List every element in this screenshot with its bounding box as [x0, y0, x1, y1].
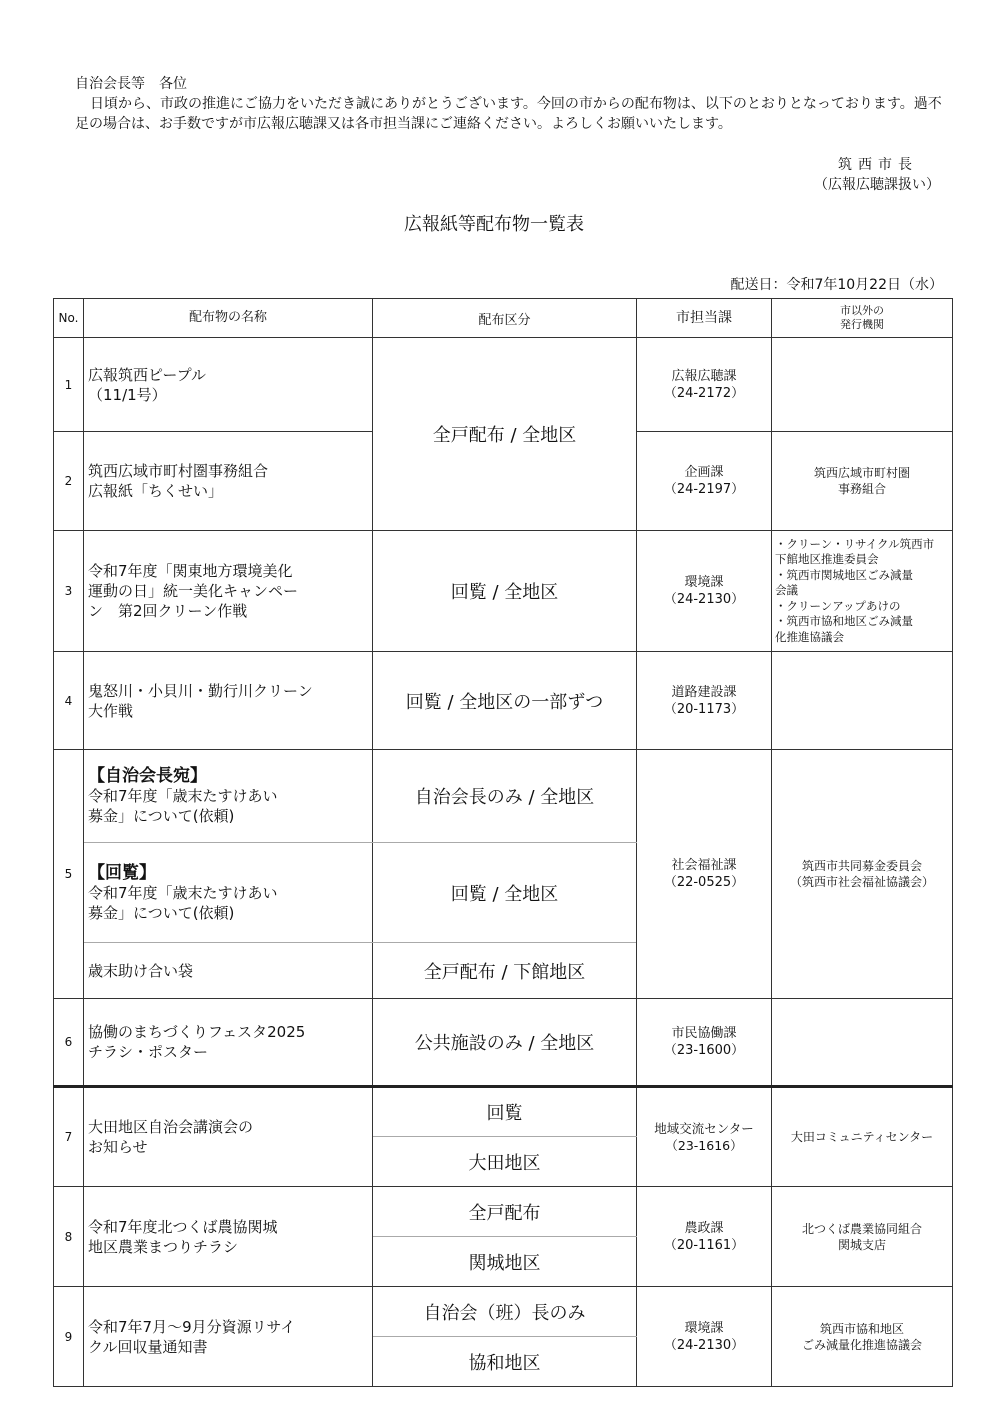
row-distribution: 回覧 / 全地区 — [373, 531, 637, 652]
department-name: 農政課 — [637, 1220, 771, 1237]
org-line: 下館地区推進委員会 — [775, 552, 952, 568]
row-distribution: 回覧 / 全地区 — [373, 843, 637, 943]
row-department: 環境課 （24-2130） — [637, 1287, 772, 1387]
row-department: 広報広聴課 （24-2172） — [637, 338, 772, 432]
header-name: 配布物の名称 — [84, 299, 373, 338]
row-org — [772, 999, 953, 1087]
org-line: ・クリーンアップあけの — [775, 599, 952, 615]
department-phone: （20-1161） — [637, 1237, 771, 1254]
department-name: 環境課 — [637, 1320, 771, 1337]
row-name: 令和7年7月～9月分資源リサイ クル回収量通知書 — [84, 1287, 373, 1387]
header-org-line2: 発行機関 — [772, 318, 952, 332]
row-department: 企画課 （24-2197） — [637, 432, 772, 531]
table-row: 4 鬼怒川・小貝川・勤行川クリーン 大作戦 回覧 / 全地区の一部ずつ 道路建設… — [54, 652, 953, 750]
header-department: 市担当課 — [637, 299, 772, 338]
row-distribution-top: 全戸配布 — [373, 1187, 637, 1237]
delivery-date: 配送日：令和7年10月22日（水） — [730, 275, 943, 295]
name-line: 令和7年度「歳末たすけあい — [88, 883, 372, 903]
org-line: 関城支店 — [772, 1237, 952, 1253]
org-line: ・筑西市関城地区ごみ減量 — [775, 568, 952, 584]
row-name: 令和7年度北つくば農協関城 地区農業まつりチラシ — [84, 1187, 373, 1287]
row-org: 大田コミュニティセンター — [772, 1087, 953, 1187]
department-name: 道路建設課 — [637, 684, 771, 701]
row-org: ・クリーン・リサイクル筑西市 下館地区推進委員会 ・筑西市関城地区ごみ減量 会議… — [772, 531, 953, 652]
row-org: 北つくば農業協同組合 関城支店 — [772, 1187, 953, 1287]
department-name: 市民協働課 — [637, 1025, 771, 1042]
org-line: ごみ減量化推進協議会 — [772, 1337, 952, 1353]
table-row: 3 令和7年度「関東地方環境美化 運動の日」統一美化キャンペー ン 第2回クリー… — [54, 531, 953, 652]
row-distribution-top: 回覧 — [373, 1087, 637, 1137]
row-name: 【回覧】 令和7年度「歳末たすけあい 募金」について(依頼) — [84, 843, 373, 943]
row-name: 筑西広域市町村圏事務組合 広報紙「ちくせい」 — [84, 432, 373, 531]
row-no: 2 — [54, 432, 84, 531]
distribution-table: No. 配布物の名称 配布区分 市担当課 市以外の 発行機関 1 広報筑西ピープ… — [53, 298, 953, 1387]
table-row: 7 大田地区自治会講演会の お知らせ 回覧 地域交流センター （23-1616）… — [54, 1087, 953, 1137]
row-name: 歳末助け合い袋 — [84, 943, 373, 999]
org-line: 筑西広域市町村圏 — [772, 465, 952, 481]
name-line: 筑西広域市町村圏事務組合 — [88, 461, 372, 481]
header-org: 市以外の 発行機関 — [772, 299, 953, 338]
table-row: 9 令和7年7月～9月分資源リサイ クル回収量通知書 自治会（班）長のみ 環境課… — [54, 1287, 953, 1337]
name-line: 大田地区自治会講演会の — [88, 1117, 372, 1137]
name-line: 令和7年度「関東地方環境美化 — [88, 561, 372, 581]
name-line: 運動の日」統一美化キャンペー — [88, 581, 372, 601]
name-line: ン 第2回クリーン作戦 — [88, 601, 372, 621]
department-phone: （20-1173） — [637, 701, 771, 718]
row-name: 鬼怒川・小貝川・勤行川クリーン 大作戦 — [84, 652, 373, 750]
row-no: 6 — [54, 999, 84, 1087]
department-phone: （23-1600） — [637, 1042, 771, 1059]
department-name: 企画課 — [637, 464, 771, 481]
org-line: （筑西市社会福祉協議会） — [772, 874, 952, 890]
org-line: ・筑西市協和地区ごみ減量 — [775, 614, 952, 630]
name-line: 令和7年度北つくば農協関城 — [88, 1217, 372, 1237]
row-no: 3 — [54, 531, 84, 652]
row-no: 1 — [54, 338, 84, 432]
department-name: 環境課 — [637, 574, 771, 591]
row-distribution: 回覧 / 全地区の一部ずつ — [373, 652, 637, 750]
name-line: 地区農業まつりチラシ — [88, 1237, 372, 1257]
name-line: 令和7年7月～9月分資源リサイ — [88, 1317, 372, 1337]
org-line: ・クリーン・リサイクル筑西市 — [775, 537, 952, 553]
name-tag: 【回覧】 — [88, 863, 372, 883]
name-line: 募金」について(依頼) — [88, 806, 372, 826]
org-line: 筑西市共同募金委員会 — [772, 858, 952, 874]
name-line: 令和7年度「歳末たすけあい — [88, 786, 372, 806]
department-phone: （22-0525） — [637, 874, 771, 891]
signature-note: （広報広聴課扱い） — [814, 175, 940, 195]
row-org — [772, 652, 953, 750]
document-title: 広報紙等配布物一覧表 — [404, 212, 584, 238]
row-distribution-top: 自治会（班）長のみ — [373, 1287, 637, 1337]
row-no: 9 — [54, 1287, 84, 1387]
table-row: 1 広報筑西ピープル （11/1号） 全戸配布 / 全地区 広報広聴課 （24-… — [54, 338, 953, 432]
name-tag: 【自治会長宛】 — [88, 766, 372, 786]
org-line: 大田コミュニティセンター — [772, 1129, 952, 1145]
table-row: 5 【自治会長宛】 令和7年度「歳末たすけあい 募金」について(依頼) 自治会長… — [54, 750, 953, 843]
row-name: 大田地区自治会講演会の お知らせ — [84, 1087, 373, 1187]
row-distribution: 自治会長のみ / 全地区 — [373, 750, 637, 843]
name-line: チラシ・ポスター — [88, 1042, 372, 1062]
row-department: 道路建設課 （20-1173） — [637, 652, 772, 750]
row-org: 筑西市協和地区 ごみ減量化推進協議会 — [772, 1287, 953, 1387]
header-no: No. — [54, 299, 84, 338]
row-department: 環境課 （24-2130） — [637, 531, 772, 652]
header-org-line1: 市以外の — [772, 304, 952, 318]
row-no: 7 — [54, 1087, 84, 1187]
name-line: クル回収量通知書 — [88, 1337, 372, 1357]
org-line: 事務組合 — [772, 481, 952, 497]
name-line: 広報紙「ちくせい」 — [88, 481, 372, 501]
row-no: 4 — [54, 652, 84, 750]
department-name: 広報広聴課 — [637, 368, 771, 385]
row-org: 筑西市共同募金委員会 （筑西市社会福祉協議会） — [772, 750, 953, 999]
department-name: 地域交流センター — [637, 1120, 771, 1137]
row-distribution-bottom: 関城地区 — [373, 1237, 637, 1287]
department-phone: （24-2172） — [637, 385, 771, 402]
row-distribution: 全戸配布 / 全地区 — [373, 338, 637, 531]
row-no: 5 — [54, 750, 84, 999]
table-header-row: No. 配布物の名称 配布区分 市担当課 市以外の 発行機関 — [54, 299, 953, 338]
org-line: 筑西市協和地区 — [772, 1321, 952, 1337]
row-name: 広報筑西ピープル （11/1号） — [84, 338, 373, 432]
name-line: お知らせ — [88, 1137, 372, 1157]
table-row: 8 令和7年度北つくば農協関城 地区農業まつりチラシ 全戸配布 農政課 （20-… — [54, 1187, 953, 1237]
row-distribution: 全戸配布 / 下館地区 — [373, 943, 637, 999]
name-line: 協働のまちづくりフェスタ2025 — [88, 1022, 372, 1042]
row-name: 協働のまちづくりフェスタ2025 チラシ・ポスター — [84, 999, 373, 1087]
intro-paragraph: 日頃から、市政の推進にご協力をいただき誠にありがとうございます。今回の市からの配… — [75, 94, 945, 134]
department-phone: （24-2197） — [637, 481, 771, 498]
department-name: 社会福祉課 — [637, 857, 771, 874]
row-department: 農政課 （20-1161） — [637, 1187, 772, 1287]
table-row: 6 協働のまちづくりフェスタ2025 チラシ・ポスター 公共施設のみ / 全地区… — [54, 999, 953, 1087]
department-phone: （24-2130） — [637, 1337, 771, 1354]
org-line: 北つくば農業協同組合 — [772, 1221, 952, 1237]
name-line: 大作戦 — [88, 701, 372, 721]
row-distribution-bottom: 協和地区 — [373, 1337, 637, 1387]
row-department: 市民協働課 （23-1600） — [637, 999, 772, 1087]
row-no: 8 — [54, 1187, 84, 1287]
name-line: 広報筑西ピープル — [88, 365, 372, 385]
name-line: （11/1号） — [88, 385, 372, 405]
row-name: 【自治会長宛】 令和7年度「歳末たすけあい 募金」について(依頼) — [84, 750, 373, 843]
header-distribution: 配布区分 — [373, 299, 637, 338]
greeting: 自治会長等 各位 — [75, 74, 187, 94]
row-department: 社会福祉課 （22-0525） — [637, 750, 772, 999]
department-phone: （23-1616） — [637, 1137, 771, 1154]
row-distribution: 公共施設のみ / 全地区 — [373, 999, 637, 1087]
row-name: 令和7年度「関東地方環境美化 運動の日」統一美化キャンペー ン 第2回クリーン作… — [84, 531, 373, 652]
org-line: 化推進協議会 — [775, 630, 952, 646]
name-line: 鬼怒川・小貝川・勤行川クリーン — [88, 681, 372, 701]
org-line: 会議 — [775, 583, 952, 599]
department-phone: （24-2130） — [637, 591, 771, 608]
row-org — [772, 338, 953, 432]
row-distribution-bottom: 大田地区 — [373, 1137, 637, 1187]
name-line: 歳末助け合い袋 — [88, 961, 372, 981]
name-line: 募金」について(依頼) — [88, 903, 372, 923]
row-department: 地域交流センター （23-1616） — [637, 1087, 772, 1187]
signature-name: 筑西市長 — [838, 155, 918, 175]
row-org: 筑西広域市町村圏 事務組合 — [772, 432, 953, 531]
